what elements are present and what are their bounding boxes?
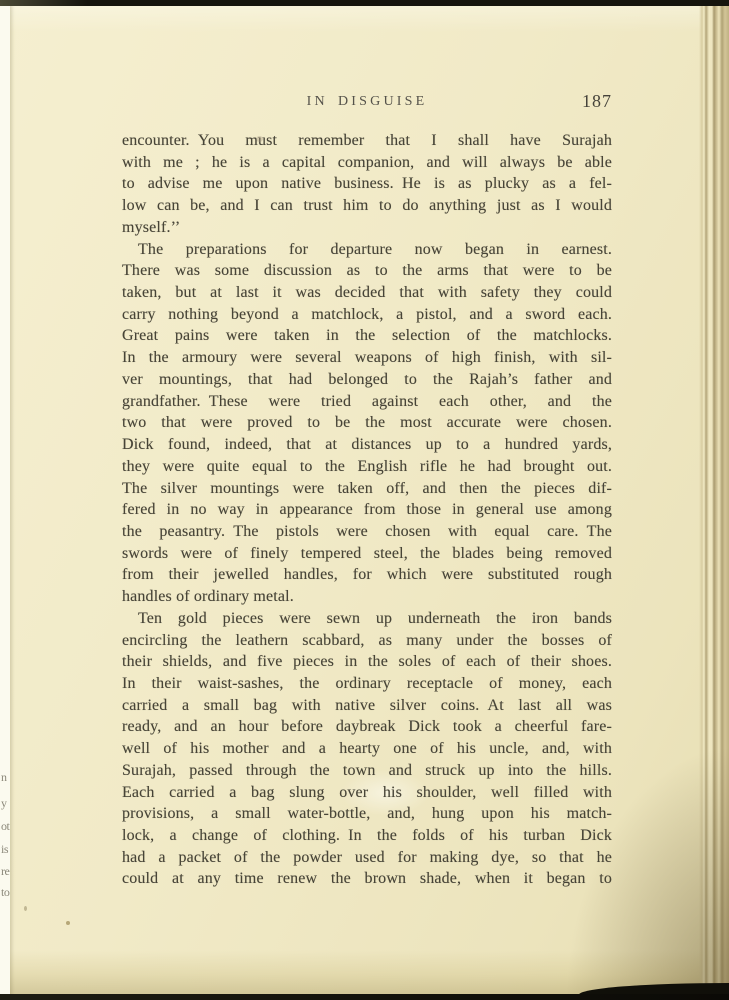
text-line: had a packet of the powder used for maki… bbox=[122, 847, 612, 869]
text-line: Surajah, passed through the town and str… bbox=[122, 760, 612, 782]
scan-bottom-edge bbox=[0, 994, 729, 1000]
text-line: carry nothing beyond a matchlock, a pist… bbox=[122, 304, 612, 326]
text-line: lock, a change of clothing. In the folds… bbox=[122, 825, 612, 847]
text-line: ready, and an hour before daybreak Dick … bbox=[122, 716, 612, 738]
running-header: IN DISGUISE 187 bbox=[122, 94, 612, 116]
text-line: two that were proved to be the most accu… bbox=[122, 412, 612, 434]
edge-letter-fragment: to bbox=[1, 885, 9, 900]
paper-speck bbox=[256, 136, 263, 142]
text-line: carried a small bag with native silver c… bbox=[122, 695, 612, 717]
text-line: low can be, and I can trust him to do an… bbox=[122, 195, 612, 217]
text-line: they were quite equal to the English rif… bbox=[122, 456, 612, 478]
text-block: encounter. You must remember that I shal… bbox=[122, 130, 612, 890]
text-line: swords were of finely tempered steel, th… bbox=[122, 543, 612, 565]
edge-letter-fragment: is bbox=[1, 842, 8, 857]
text-line: In the armoury were several weapons of h… bbox=[122, 347, 612, 369]
text-line: fered in no way in appearance from those… bbox=[122, 499, 612, 521]
facing-page-letter-fragments: nyotisreto bbox=[0, 0, 12, 1000]
page-number: 187 bbox=[582, 91, 612, 112]
text-line: the peasantry. The pistols were chosen w… bbox=[122, 521, 612, 543]
text-line: Great pains were taken in the selection … bbox=[122, 325, 612, 347]
paragraph: The preparations for departure now began… bbox=[122, 239, 612, 608]
edge-letter-fragment: n bbox=[1, 770, 7, 785]
text-line: myself.’’ bbox=[122, 217, 612, 239]
bottom-right-corner-shadow bbox=[559, 736, 729, 996]
text-line: encounter. You must remember that I shal… bbox=[122, 130, 612, 152]
edge-letter-fragment: ot bbox=[1, 819, 9, 834]
text-line: to advise me upon native business. He is… bbox=[122, 173, 612, 195]
paper-speck bbox=[66, 921, 70, 925]
text-line: encircling the leathern scabbard, as man… bbox=[122, 630, 612, 652]
edge-letter-fragment: y bbox=[1, 796, 7, 811]
text-line: Ten gold pieces were sewn up underneath … bbox=[122, 608, 612, 630]
book-page-scan: IN DISGUISE 187 encounter. You must reme… bbox=[0, 0, 729, 1000]
paragraph: Ten gold pieces were sewn up underneath … bbox=[122, 608, 612, 890]
text-line: from their jewelled handles, for which w… bbox=[122, 564, 612, 586]
text-line: their shields, and five pieces in the so… bbox=[122, 651, 612, 673]
paper-speck bbox=[24, 906, 27, 911]
edge-letter-fragment: re bbox=[1, 864, 9, 879]
text-line: handles of ordinary metal. bbox=[122, 586, 612, 608]
text-line: In their waist-sashes, the ordinary rece… bbox=[122, 673, 612, 695]
text-line: with me ; he is a capital companion, and… bbox=[122, 152, 612, 174]
text-line: could at any time renew the brown shade,… bbox=[122, 868, 612, 890]
text-line: There was some discussion as to the arms… bbox=[122, 260, 612, 282]
text-line: Each carried a bag slung over his should… bbox=[122, 782, 612, 804]
text-line: The silver mountings were taken off, and… bbox=[122, 478, 612, 500]
text-line: grandfather. These were tried against ea… bbox=[122, 391, 612, 413]
text-line: well of his mother and a hearty one of h… bbox=[122, 738, 612, 760]
text-line: The preparations for departure now began… bbox=[122, 239, 612, 261]
text-line: ver mountings, that had belonged to the … bbox=[122, 369, 612, 391]
text-line: taken, but at last it was decided that w… bbox=[122, 282, 612, 304]
text-line: provisions, a small water-bottle, and, h… bbox=[122, 803, 612, 825]
running-header-title: IN DISGUISE bbox=[122, 94, 612, 110]
page-top-sheen bbox=[10, 6, 705, 32]
paragraph: encounter. You must remember that I shal… bbox=[122, 130, 612, 239]
text-line: Dick found, indeed, that at distances up… bbox=[122, 434, 612, 456]
scan-top-edge bbox=[0, 0, 729, 6]
